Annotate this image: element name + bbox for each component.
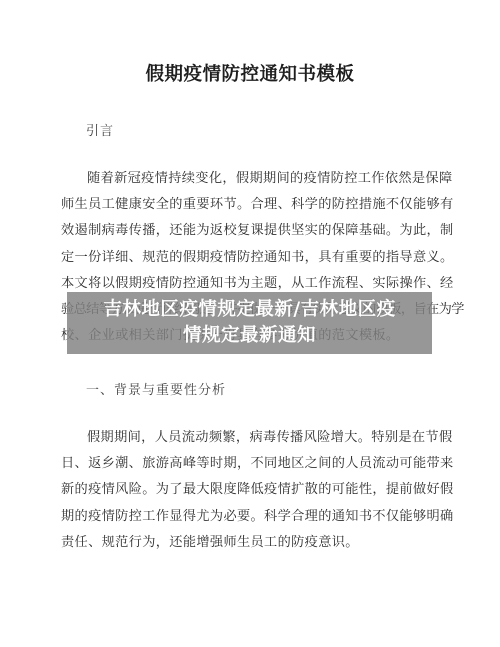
paragraph-line: 日、返乡潮、旅游高峰等时期，不同地区之间的人员流动可能带来 <box>61 451 441 477</box>
paragraph-line: 期的疫情防控工作显得尤为必要。科学合理的通知书不仅能够明确 <box>61 504 441 530</box>
paragraph-line: 师生员工健康安全的重要环节。合理、科学的防控措施不仅能够有 <box>61 192 441 218</box>
watermark-banner-text: 吉林地区疫情规定最新/吉林地区疫 情规定最新通知 <box>67 292 432 349</box>
paragraph-line: 随着新冠疫情持续变化，假期期间的疫情防控工作依然是保障 <box>61 166 441 192</box>
paragraph-line: 定一份详细、规范的假期疫情防控通知书，具有重要的指导意义。 <box>61 245 441 271</box>
document-title: 假期疫情防控通知书模板 <box>0 60 500 86</box>
intro-heading: 引言 <box>86 120 114 139</box>
section-heading-background: 一、背景与重要性分析 <box>86 379 226 398</box>
paragraph-line: 新的疫情风险。为了最大限度降低疫情扩散的可能性，提前做好假 <box>61 477 441 503</box>
paragraph-line: 假期期间，人员流动频繁，病毒传播风险增大。特别是在节假 <box>61 425 441 451</box>
section1-paragraph: 假期期间，人员流动频繁，病毒传播风险增大。特别是在节假 日、返乡潮、旅游高峰等时… <box>61 425 441 556</box>
banner-line-1: 吉林地区疫情规定最新/吉林地区疫 <box>67 297 432 323</box>
document-page: 假期疫情防控通知书模板 引言 随着新冠疫情持续变化，假期期间的疫情防控工作依然是… <box>0 0 500 647</box>
paragraph-line: 效遏制病毒传播，还能为返校复课提供坚实的保障基础。为此，制 <box>61 218 441 244</box>
banner-line-2: 情规定最新通知 <box>67 323 432 349</box>
paragraph-line: 责任、规范行为，还能增强师生员工的防疫意识。 <box>61 530 441 556</box>
